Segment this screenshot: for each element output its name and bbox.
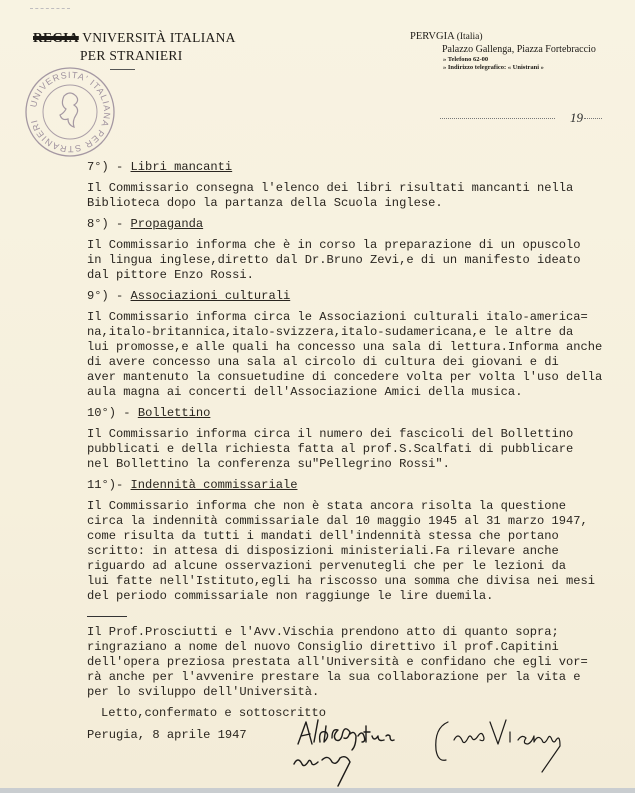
- section-8: 8°) - Propaganda Il Commissario informa …: [87, 217, 627, 283]
- university-stamp-icon: UNIVERSITA' ITALIANA PER STRANIERI: [24, 66, 116, 158]
- text-line: riguardo ad alcune osservazioni pervenut…: [87, 559, 627, 574]
- text-line: circa la indennità commissariale dal 10 …: [87, 514, 627, 529]
- scan-edge: [0, 788, 635, 793]
- text-line: Il Commissario informa circa il numero d…: [87, 427, 627, 442]
- text-line: di avere concesso una sala al circolo di…: [87, 355, 627, 370]
- letterhead-address: PERVGIA (Italia) Palazzo Gallenga, Piazz…: [410, 31, 596, 71]
- section-heading: 7°) - Libri mancanti: [87, 160, 627, 175]
- date-blank-line: [440, 118, 555, 119]
- struck-word: REGIA: [33, 30, 79, 45]
- section-7: 7°) - Libri mancanti Il Commissario cons…: [87, 160, 627, 211]
- signature-capitini: [294, 720, 394, 786]
- document-page: REGIA VNIVERSITÀ ITALIANA PER STRANIERI …: [0, 0, 635, 788]
- telephone: » Telefono 62-00: [443, 56, 596, 63]
- section-number: 9°) -: [87, 289, 131, 303]
- text-line: Biblioteca dopo la partanza della Scuola…: [87, 196, 627, 211]
- section-heading: 10°) - Bollettino: [87, 406, 627, 421]
- text-line: aver mantenuto la consuetudine di conced…: [87, 370, 627, 385]
- handwritten-signatures: [292, 712, 592, 788]
- pencil-mark: [30, 8, 70, 12]
- section-number: 10°) -: [87, 406, 138, 420]
- section-number: 11°)-: [87, 478, 131, 492]
- date-blank-line-end: [584, 118, 602, 119]
- section-number: 8°) -: [87, 217, 131, 231]
- text-line: aula magna ai concerti dell'Associazione…: [87, 385, 627, 400]
- closing-paragraph: Il Prof.Prosciutti e l'Avv.Vischia prend…: [87, 625, 627, 700]
- text-line: Il Prof.Prosciutti e l'Avv.Vischia prend…: [87, 625, 627, 640]
- section-heading: 8°) - Propaganda: [87, 217, 627, 232]
- section-number: 7°) -: [87, 160, 131, 174]
- section-title: Indennità commissariale: [131, 478, 298, 492]
- section-paragraph: Il Commissario informa circa le Associaz…: [87, 310, 627, 400]
- text-line: lui fatte nell'Istituto,egli ha riscosso…: [87, 574, 627, 589]
- text-line: scritto: in attesa di disposizioni minis…: [87, 544, 627, 559]
- country: (Italia): [457, 32, 483, 42]
- section-title: Bollettino: [138, 406, 211, 420]
- section-paragraph: Il Commissario informa circa il numero d…: [87, 427, 627, 472]
- section-heading: 11°)- Indennità commissariale: [87, 478, 627, 493]
- signature-vischia: [436, 720, 560, 772]
- text-line: ringraziano a nome del nuovo Consiglio d…: [87, 640, 627, 655]
- text-line: na,italo-britannica,italo-svizzera,italo…: [87, 325, 627, 340]
- section-paragraph: Il Commissario informa che non è stata a…: [87, 499, 627, 604]
- text-line: dal pittore Enzo Rossi.: [87, 268, 627, 283]
- section-heading: 9°) - Associazioni culturali: [87, 289, 627, 304]
- text-line: dell'opera preziosa prestata all'Univers…: [87, 655, 627, 670]
- section-paragraph: Il Commissario consegna l'elenco dei lib…: [87, 181, 627, 211]
- text-line: in lingua inglese,diretto dal Dr.Bruno Z…: [87, 253, 627, 268]
- section-title: Associazioni culturali: [131, 289, 291, 303]
- text-line: Il Commissario informa che non è stata a…: [87, 499, 627, 514]
- text-line: nel Bollettino la conferenza su"Pellegri…: [87, 457, 627, 472]
- section-title: Propaganda: [131, 217, 204, 231]
- text-line: del periodo commissariale non raggiunge …: [87, 589, 627, 604]
- text-line: come risulta da tutti i mandati dell'ind…: [87, 529, 627, 544]
- telegraph-address: » Indirizzo telegrafico: « Unistrani »: [443, 64, 596, 71]
- minutes-body: 7°) - Libri mancanti Il Commissario cons…: [87, 160, 627, 721]
- text-line: Il Commissario consegna l'elenco dei lib…: [87, 181, 627, 196]
- city: PERVGIA: [410, 31, 454, 42]
- institution-name: VNIVERSITÀ ITALIANA: [82, 30, 235, 45]
- section-9: 9°) - Associazioni culturali Il Commissa…: [87, 289, 627, 400]
- address: Palazzo Gallenga, Piazza Fortebraccio: [442, 44, 596, 55]
- text-line: Il Commissario informa che è in corso la…: [87, 238, 627, 253]
- section-11: 11°)- Indennità commissariale Il Commiss…: [87, 478, 627, 604]
- date-year-prefix: 19: [570, 110, 583, 126]
- letterhead-institution: REGIA VNIVERSITÀ ITALIANA PER STRANIERI: [33, 30, 236, 64]
- text-line: lui promosse,e alle quali ha concesso un…: [87, 340, 627, 355]
- section-paragraph: Il Commissario informa che è in corso la…: [87, 238, 627, 283]
- place-and-date: Perugia, 8 aprile 1947: [87, 728, 247, 742]
- section-title: Libri mancanti: [131, 160, 233, 174]
- text-line: Il Commissario informa circa le Associaz…: [87, 310, 627, 325]
- svg-text:UNIVERSITA' ITALIANA PER STRAN: UNIVERSITA' ITALIANA PER STRANIERI: [28, 70, 112, 154]
- text-line: per lo sviluppo dell'Università.: [87, 685, 627, 700]
- text-line: rà anche per l'avvenire prestare la sua …: [87, 670, 627, 685]
- text-line: pubblicati e della richiesta fatta al pr…: [87, 442, 627, 457]
- institution-subtitle: PER STRANIERI: [80, 48, 236, 64]
- separator-rule: [87, 616, 127, 617]
- section-10: 10°) - Bollettino Il Commissario informa…: [87, 406, 627, 472]
